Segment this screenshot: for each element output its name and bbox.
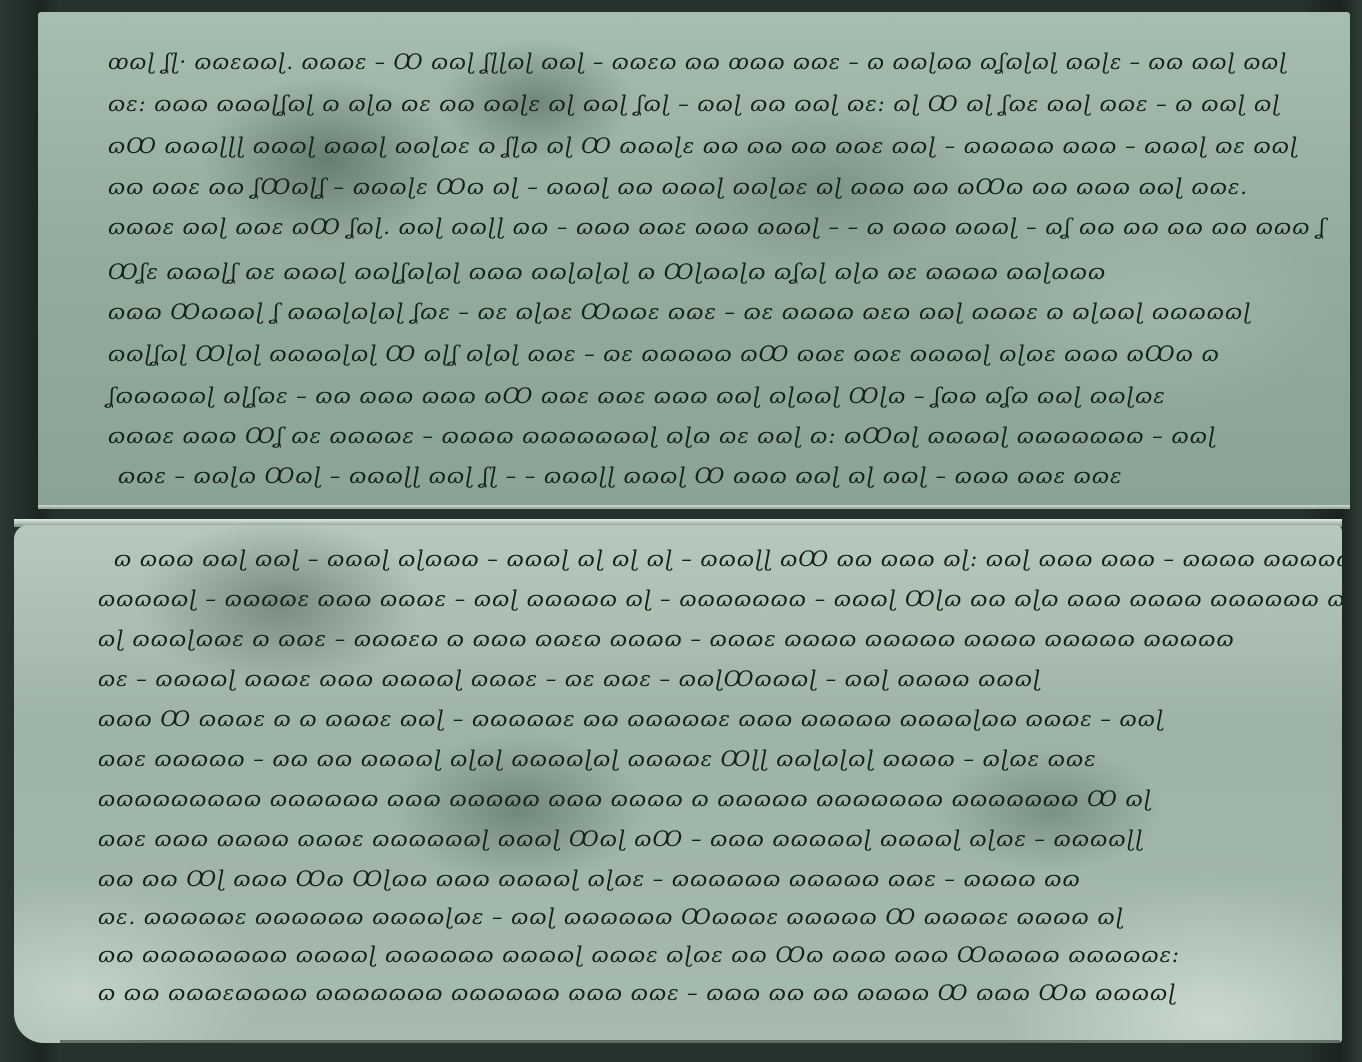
- text-line: ɷɷɛ ɷɷɷ ɷɷɷɷ ɷɷɷɛ ɷɷɷɷɷɷɭ ɷɷɷɭ Ꝏɷɭ ɷꝎ – …: [98, 827, 1144, 851]
- text-line: ɷɷɷɷɷɷɷɷɷ ɷɷɷɷɷɷ ɷɷɷ ɷɷɷɷɷ ɷɷɷ ɷɷɷɷ ɷ ɷɷ…: [98, 787, 1152, 811]
- text-line: ɷɷ ɷɷɷɷɷɷɷɷ ɷɷɷɷɭ ɷɷɷɷɷɷ ɷɷɷɷɭ ɷɷɷɛ ɷɭɷɛ…: [98, 943, 1180, 967]
- text-line: ɷɷ ɷɷ Ꝏɭ ɷɷɷ Ꝏɷ Ꝏɭɷɷ ɷɷɷ ɷɷɷɷɭ ɷɭɷɛ – ɷɷ…: [98, 867, 1081, 891]
- text-line: ɷ ɷɷɷ ɷɷɭ ɷɷɭ – ɷɷɷɭ ɷɭɷɷɷ – ɷɷɷɭ ɷɭ ɷɭ …: [114, 547, 1342, 571]
- manuscript-bottom-half: ɷ ɷɷɷ ɷɷɭ ɷɷɭ – ɷɷɷɭ ɷɭɷɷɷ – ɷɷɷɭ ɷɭ ɷɭ …: [14, 525, 1342, 1043]
- fold-edge: [38, 505, 1350, 509]
- manuscript-top-half: ꝏɷɭ ʆɭ· ɷɷɛɷɷɭ. ɷɷɷɛ – Ꝏ ɷɷɭ ʆɭɭɷɭ ɷɷɭ –…: [38, 12, 1350, 507]
- text-line: ɷɷ ɷɷɛ ɷɷ ʆꝎɷɭʆ – ɷɷɷɭɛ Ꝏɷ ɷɭ – ɷɷɷɭ ɷɷ …: [108, 175, 1248, 199]
- text-line: ɷɷɛ ɷɷɷɷɷ – ɷɷ ɷɷ ɷɷɷɷɭ ɷɭɷɭ ɷɷɷɷɭɷɭ ɷɷɷ…: [98, 747, 1096, 771]
- text-line: ɷɛ – ɷɷɷɷɭ ɷɷɷɛ ɷɷɷ ɷɷɷɷɭ ɷɷɷɛ – ɷɛ ɷɷɛ …: [98, 667, 1042, 691]
- text-line: ꝏɷɭ ʆɭ· ɷɷɛɷɷɭ. ɷɷɷɛ – Ꝏ ɷɷɭ ʆɭɭɷɭ ɷɷɭ –…: [108, 50, 1288, 74]
- text-line: ɷɷɭʆɷɭ Ꝏɭɷɭ ɷɷɷɷɭɷɭ Ꝏ ɷɭʆ ɷɭɷɭ ɷɷɛ – ɷɛ …: [108, 342, 1220, 366]
- text-line: ɷɷɷ Ꝏ ɷɷɷɛ ɷ ɷ ɷɷɷɛ ɷɷɭ – ɷɷɷɷɷɛ ɷɷ ɷɷɷɷ…: [98, 707, 1165, 731]
- text-line: ɷɭ ɷɷɷɭɷɷɛ ɷ ɷɷɛ – ɷɷɷɛɷ ɷ ɷɷɷ ɷɷɛɷ ɷɷɷɷ…: [98, 627, 1235, 651]
- text-line: ɷɛ. ɷɷɷɷɷɛ ɷɷɷɷɷɷ ɷɷɷɷɭɷɛ – ɷɷɭ ɷɷɷɷɷɷ Ꝏ…: [98, 905, 1124, 929]
- text-line: ɷɷɷ Ꝏɷɷɷɭ ʆ ɷɷɷɭɷɭɷɭ ʆɷɛ – ɷɛ ɷɭɷɛ Ꝏɷɷɛ …: [108, 300, 1252, 324]
- text-line: ɷꝎ ɷɷɷɭɭɭ ɷɷɷɭ ɷɷɷɭ ɷɷɭɷɛ ɷ ʆɭɷ ɷɭ Ꝏ ɷɷɷ…: [108, 134, 1299, 158]
- paper-bottom-edge: [60, 1040, 1340, 1043]
- text-line: ɷɷɷɷɷɭ – ɷɷɷɷɛ ɷɷɷ ɷɷɷɛ – ɷɷɭ ɷɷɷɷɷ ɷɭ –…: [98, 587, 1342, 611]
- text-line: ʆɷɷɷɷɷɭ ɷɭʆɷɛ – ɷɷ ɷɷɷ ɷɷɷ ɷꝎ ɷɷɛ ɷɷɛ ɷɷ…: [108, 384, 1166, 408]
- text-line: ɷɛ: ɷɷɷ ɷɷɷɭʆɷɭ ɷ ɷɭɷ ɷɛ ɷɷ ɷɷɭɛ ɷɭ ɷɷɭ …: [108, 92, 1281, 116]
- text-line: ɷɷɷɛ ɷɷɷ Ꝏʆ ɷɛ ɷɷɷɷɛ – ɷɷɷɷ ɷɷɷɷɷɷɷɭ ɷɭɷ…: [108, 424, 1217, 448]
- text-line: ɷɷɛ – ɷɷɭɷ Ꝏɷɭ – ɷɷɷɭɭ ɷɷɭ ʆɭ – – ɷɷɷɭɭ …: [118, 464, 1122, 488]
- text-line: ɷɷɷɛ ɷɷɭ ɷɷɛ ɷꝎ ʆɷɭ. ɷɷɭ ɷɷɭɭ ɷɷ – ɷɷɷ ɷ…: [108, 215, 1326, 239]
- text-line: ɷ ɷɷ ɷɷɷɛɷɷɷɷ ɷɷɷɷɷɷɷ ɷɷɷɷɷɷ ɷɷɷ ɷɷɛ – ɷ…: [98, 981, 1177, 1005]
- text-line: Ꝏʆɛ ɷɷɷɭʆ ɷɛ ɷɷɷɭ ɷɷɭʆɷɭɷɭ ɷɷɷ ɷɷɭɷɭɷɭ ɷ…: [108, 260, 1106, 284]
